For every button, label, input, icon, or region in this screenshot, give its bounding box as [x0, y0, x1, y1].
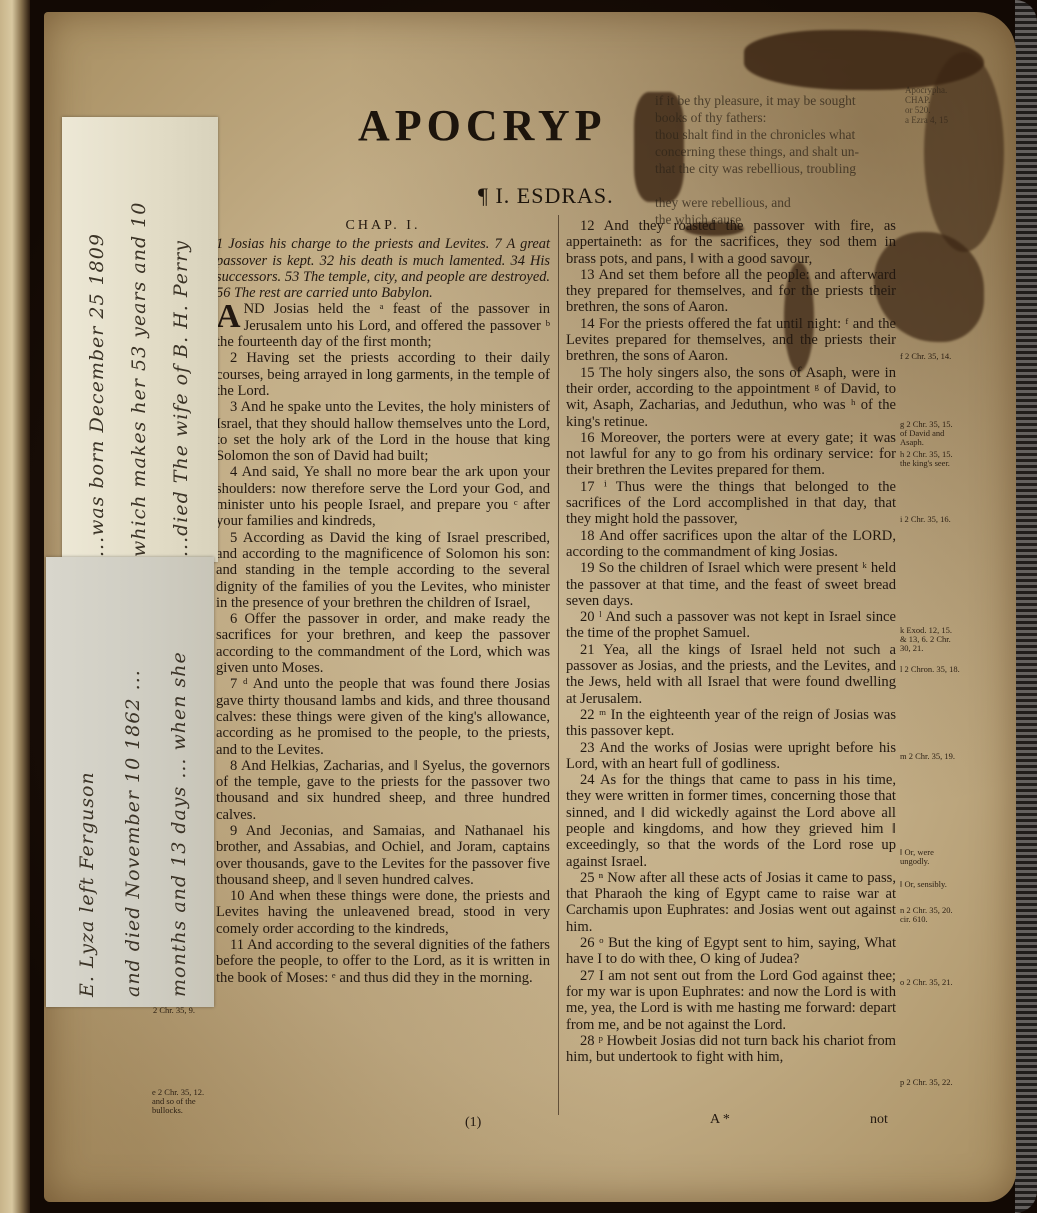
margin-reference: ‖ Or, were ungodly.	[900, 848, 960, 866]
ink-stain	[924, 52, 1004, 252]
verse-9: 9 And Jeconias, and Samaias, and Nathana…	[216, 823, 550, 888]
margin-reference: e 2 Chr. 35, 12. and so of the bullocks.	[152, 1088, 212, 1115]
verse-4: 4 And said, Ye shall no more bear the ar…	[216, 464, 550, 529]
book-title: ¶ I. ESDRAS.	[478, 183, 614, 209]
ghost-line: thou shalt find in the chronicles what	[655, 126, 895, 143]
ghost-margin-line: or 520.	[905, 105, 948, 115]
drop-cap: A	[216, 303, 241, 331]
verse-23: 23 And the works of Josias were upright …	[566, 740, 896, 773]
left-column: CHAP. I. 1 Josias his charge to the prie…	[216, 218, 550, 986]
margin-reference: l 2 Chron. 35, 18.	[900, 665, 960, 674]
verse-27: 27 I am not sent out from the Lord God a…	[566, 968, 896, 1033]
verse-14: 14 For the priests offered the fat until…	[566, 316, 896, 365]
column-divider	[558, 215, 559, 1115]
margin-reference: p 2 Chr. 35, 22.	[900, 1078, 960, 1087]
chapter-summary: 1 Josias his charge to the priests and L…	[216, 236, 550, 301]
verse-26: 26 ᵒ But the king of Egypt sent to him, …	[566, 935, 896, 968]
show-through-text: if it be thy pleasure, it may be sought …	[655, 92, 895, 228]
margin-reference: n 2 Chr. 35, 20. cir. 610.	[900, 906, 960, 924]
margin-reference: i 2 Chr. 35, 16.	[900, 515, 960, 524]
handwriting-line: months and 13 days ... when she	[168, 651, 190, 997]
handwritten-slip-lower: E. Lyza left Ferguson and died November …	[46, 557, 214, 1007]
margin-reference: k Exod. 12, 15. & 13, 6. 2 Chr. 30, 21.	[900, 626, 960, 653]
margin-reference: h 2 Chr. 35, 15. the king's seer.	[900, 450, 960, 468]
handwriting-line: and died November 10 1862 ...	[122, 669, 144, 997]
show-through-margin: Apocrypha. CHAP. or 520. a Ezra 4, 15	[905, 85, 948, 125]
ghost-line	[655, 177, 895, 194]
verse-8: 8 And Helkias, Zacharias, and ‖ Syelus, …	[216, 758, 550, 823]
margin-reference: g 2 Chr. 35, 15. of David and Asaph.	[900, 420, 960, 447]
verse-3: 3 And he spake unto the Levites, the hol…	[216, 399, 550, 464]
handwriting-line: ...died The wife of B. H. Perry	[170, 240, 192, 557]
ghost-line: that the city was rebellious, troubling	[655, 160, 895, 177]
handwritten-slip-upper: ...was born December 25 1809 which makes…	[62, 117, 218, 562]
verse-19: 19 So the children of Israel which were …	[566, 560, 896, 609]
verse-21: 21 Yea, all the kings of Israel held not…	[566, 642, 896, 707]
verse-text: ND Josias held the ᵃ feast of the passov…	[216, 301, 550, 350]
verse-7: 7 ᵈ And unto the people that was found t…	[216, 676, 550, 757]
verse-28: 28 ᵖ Howbeit Josias did not turn back hi…	[566, 1033, 896, 1066]
verse-6: 6 Offer the passover in order, and make …	[216, 611, 550, 676]
verse-16: 16 Moreover, the porters were at every g…	[566, 430, 896, 479]
ghost-line: concerning these things, and shalt un-	[655, 143, 895, 160]
catchword: not	[870, 1112, 888, 1128]
verse-20: 20 ˡ And such a passover was not kept in…	[566, 609, 896, 642]
ghost-line: if it be thy pleasure, it may be sought	[655, 92, 895, 109]
handwriting-line: ...was born December 25 1809	[86, 233, 108, 557]
ghost-line: books of thy fathers:	[655, 109, 895, 126]
handwriting-line: E. Lyza left Ferguson	[76, 771, 98, 997]
ghost-margin-line: Apocrypha.	[905, 85, 948, 95]
verse-17: 17 ⁱ Thus were the things that belonged …	[566, 479, 896, 528]
margin-reference: o 2 Chr. 35, 21.	[900, 978, 960, 987]
verse-12: 12 And they roasted the passover with fi…	[566, 218, 896, 267]
verse-1: AND Josias held the ᵃ feast of the passo…	[216, 301, 550, 350]
signature-mark: A *	[710, 1112, 730, 1128]
margin-reference: 2 Chr. 35, 9.	[153, 1006, 213, 1015]
margin-reference: m 2 Chr. 35, 19.	[900, 752, 960, 761]
verse-13: 13 And set them before all the people: a…	[566, 267, 896, 316]
page-title: APOCRYP	[358, 100, 607, 151]
verse-18: 18 And offer sacrifices upon the altar o…	[566, 528, 896, 561]
verse-25: 25 ⁿ Now after all these acts of Josias …	[566, 870, 896, 935]
margin-reference: ‖ Or, sensibly.	[900, 880, 960, 889]
verse-11: 11 And according to the several dignitie…	[216, 937, 550, 986]
chapter-heading: CHAP. I.	[216, 218, 550, 234]
page-number: (1)	[465, 1115, 481, 1131]
ghost-margin-line: a Ezra 4, 15	[905, 115, 948, 125]
verse-24: 24 As for the things that came to pass i…	[566, 772, 896, 870]
zipper-edge	[1015, 0, 1037, 1213]
verse-15: 15 The holy singers also, the sons of As…	[566, 365, 896, 430]
previous-pages-edge	[0, 0, 30, 1213]
margin-reference: f 2 Chr. 35, 14.	[900, 352, 960, 361]
verse-10: 10 And when these things were done, the …	[216, 888, 550, 937]
verse-2: 2 Having set the priests according to th…	[216, 350, 550, 399]
ghost-line: they were rebellious, and	[655, 194, 895, 211]
right-column: 12 And they roasted the passover with fi…	[566, 218, 896, 1065]
verse-22: 22 ᵐ In the eighteenth year of the reign…	[566, 707, 896, 740]
ghost-margin-line: CHAP.	[905, 95, 948, 105]
handwriting-line: which makes her 53 years and 10	[128, 202, 150, 557]
verse-5: 5 According as David the king of Israel …	[216, 530, 550, 611]
